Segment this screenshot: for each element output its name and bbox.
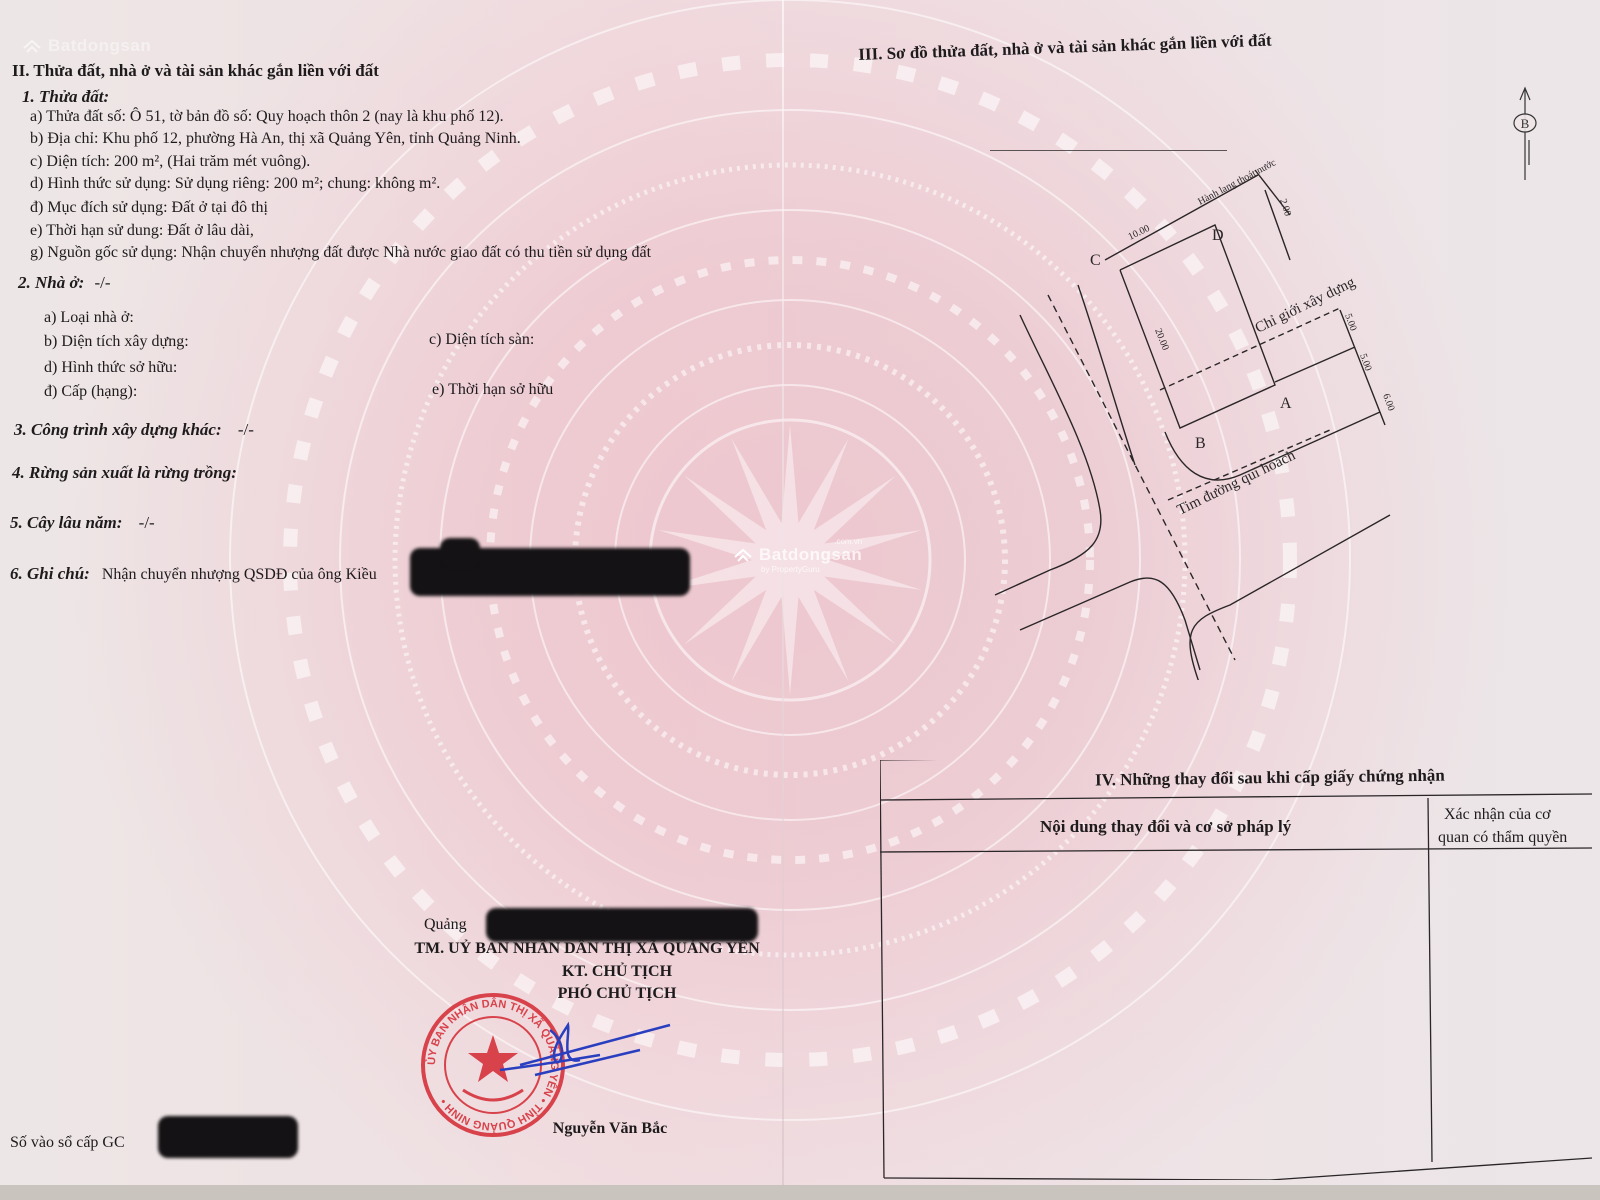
watermark-domain: .com.vn bbox=[834, 537, 862, 546]
redaction-registry bbox=[158, 1116, 298, 1158]
house-floor-area: c) Diện tích sàn: bbox=[429, 331, 534, 349]
house-ownership-term: e) Thời hạn sở hữu bbox=[432, 381, 553, 399]
other-construction-value: -/- bbox=[238, 420, 254, 439]
section-iii-title: III. Sơ đồ thửa đất, nhà ở và tài sản kh… bbox=[858, 31, 1272, 65]
column-authority-line1: Xác nhận của cơ bbox=[1444, 806, 1551, 824]
house-value: -/- bbox=[95, 273, 111, 292]
land-item-parcel: a) Thửa đất số: Ô 51, tờ bản đồ số: Quy … bbox=[30, 108, 504, 126]
land-plot-diagram: C D A B 10.00 20.00 2.00 5.00 5.00 6.00 … bbox=[990, 150, 1420, 680]
watermark-tagline: by PropertyGuru bbox=[761, 565, 862, 574]
land-item-origin: g) Nguồn gốc sử dụng: Nhận chuyển nhượng… bbox=[30, 244, 651, 262]
corridor-label: Hành lang thoát nước bbox=[1196, 157, 1278, 208]
land-heading: 1. Thửa đất: bbox=[22, 87, 109, 107]
dim-corridor: 2.00 bbox=[1277, 198, 1293, 218]
note-row: 6. Ghi chú: Nhận chuyển nhượng QSDĐ của … bbox=[10, 564, 377, 584]
house-grade: đ) Cấp (hạng): bbox=[44, 383, 137, 401]
dim-cd: 10.00 bbox=[1126, 223, 1151, 243]
land-item-purpose: đ) Mục đích sử dụng: Đất ở tại đô thị bbox=[30, 199, 268, 217]
watermark-top-left: Batdongsan bbox=[22, 36, 151, 56]
dim-setback-2: 5.00 bbox=[1357, 352, 1373, 372]
other-construction-heading: 3. Công trình xây dựng khác: -/- bbox=[14, 420, 254, 440]
watermark-center: .com.vn Batdongsan by PropertyGuru bbox=[733, 545, 862, 574]
page-fold bbox=[782, 0, 784, 1185]
point-a-label: A bbox=[1280, 395, 1292, 412]
land-item-term: e) Thời hạn sử dung: Đất ở lâu dài, bbox=[30, 222, 254, 240]
certificate-paper: Batdongsan .com.vn Batdongsan by Propert… bbox=[0, 0, 1600, 1185]
house-ownership-form: d) Hình thức sở hữu: bbox=[44, 359, 177, 377]
registry-label: Số vào sổ cấp GC bbox=[10, 1134, 125, 1152]
note-value: Nhận chuyển nhượng QSDĐ của ông Kiều bbox=[102, 566, 377, 583]
land-item-address: b) Địa chỉ: Khu phố 12, phường Hà An, th… bbox=[30, 130, 521, 148]
land-item-usage-form: d) Hình thức sử dụng: Sử dụng riêng: 200… bbox=[30, 175, 440, 193]
batdongsan-logo-icon bbox=[733, 547, 753, 565]
north-arrow-icon: B bbox=[1510, 85, 1540, 185]
redaction-date bbox=[486, 908, 758, 942]
land-item-area: c) Diện tích: 200 m², (Hai trăm mét vuôn… bbox=[30, 153, 310, 171]
signer-name: Nguyễn Văn Bắc bbox=[470, 1120, 750, 1138]
perennial-value: -/- bbox=[139, 513, 155, 532]
point-b-label: B bbox=[1195, 435, 1206, 452]
column-authority-line2: quan có thẩm quyền bbox=[1438, 829, 1567, 847]
signing-place: Quảng bbox=[424, 916, 467, 934]
signing-role-1: KT. CHỦ TỊCH bbox=[382, 963, 792, 981]
north-label: B bbox=[1521, 116, 1530, 131]
dim-setback-1: 5.00 bbox=[1342, 312, 1358, 332]
perennial-heading: 5. Cây lâu năm: -/- bbox=[10, 513, 155, 533]
column-change-content: Nội dung thay đổi và cơ sở pháp lý bbox=[1040, 817, 1291, 837]
forest-heading: 4. Rừng sản xuất là rừng trồng: bbox=[12, 463, 237, 483]
watermark-brand: Batdongsan bbox=[759, 545, 862, 564]
signing-org: TM. UỶ BAN NHÂN DÂN THỊ XÃ QUẢNG YÊN bbox=[382, 940, 792, 958]
house-build-area: b) Diện tích xây dựng: bbox=[44, 333, 189, 351]
house-heading: 2. Nhà ở: -/- bbox=[18, 273, 111, 293]
note-heading: 6. Ghi chú: bbox=[10, 564, 90, 583]
house-type: a) Loại nhà ở: bbox=[44, 309, 134, 327]
watermark-brand: Batdongsan bbox=[48, 36, 151, 55]
build-line-label: Chỉ giới xây dựng bbox=[1253, 274, 1358, 336]
handwritten-signature-icon bbox=[480, 1010, 680, 1080]
point-d-label: D bbox=[1212, 227, 1224, 244]
dim-cb: 20.00 bbox=[1152, 327, 1171, 352]
batdongsan-logo-icon bbox=[22, 38, 42, 56]
road-center-label: Tim đường qui hoach bbox=[1175, 447, 1299, 518]
section-ii-title: II. Thửa đất, nhà ở và tài sản khác gắn … bbox=[12, 61, 379, 81]
dim-road: 6.00 bbox=[1380, 392, 1396, 412]
redaction-note-tip bbox=[440, 538, 480, 568]
point-c-label: C bbox=[1090, 252, 1101, 269]
